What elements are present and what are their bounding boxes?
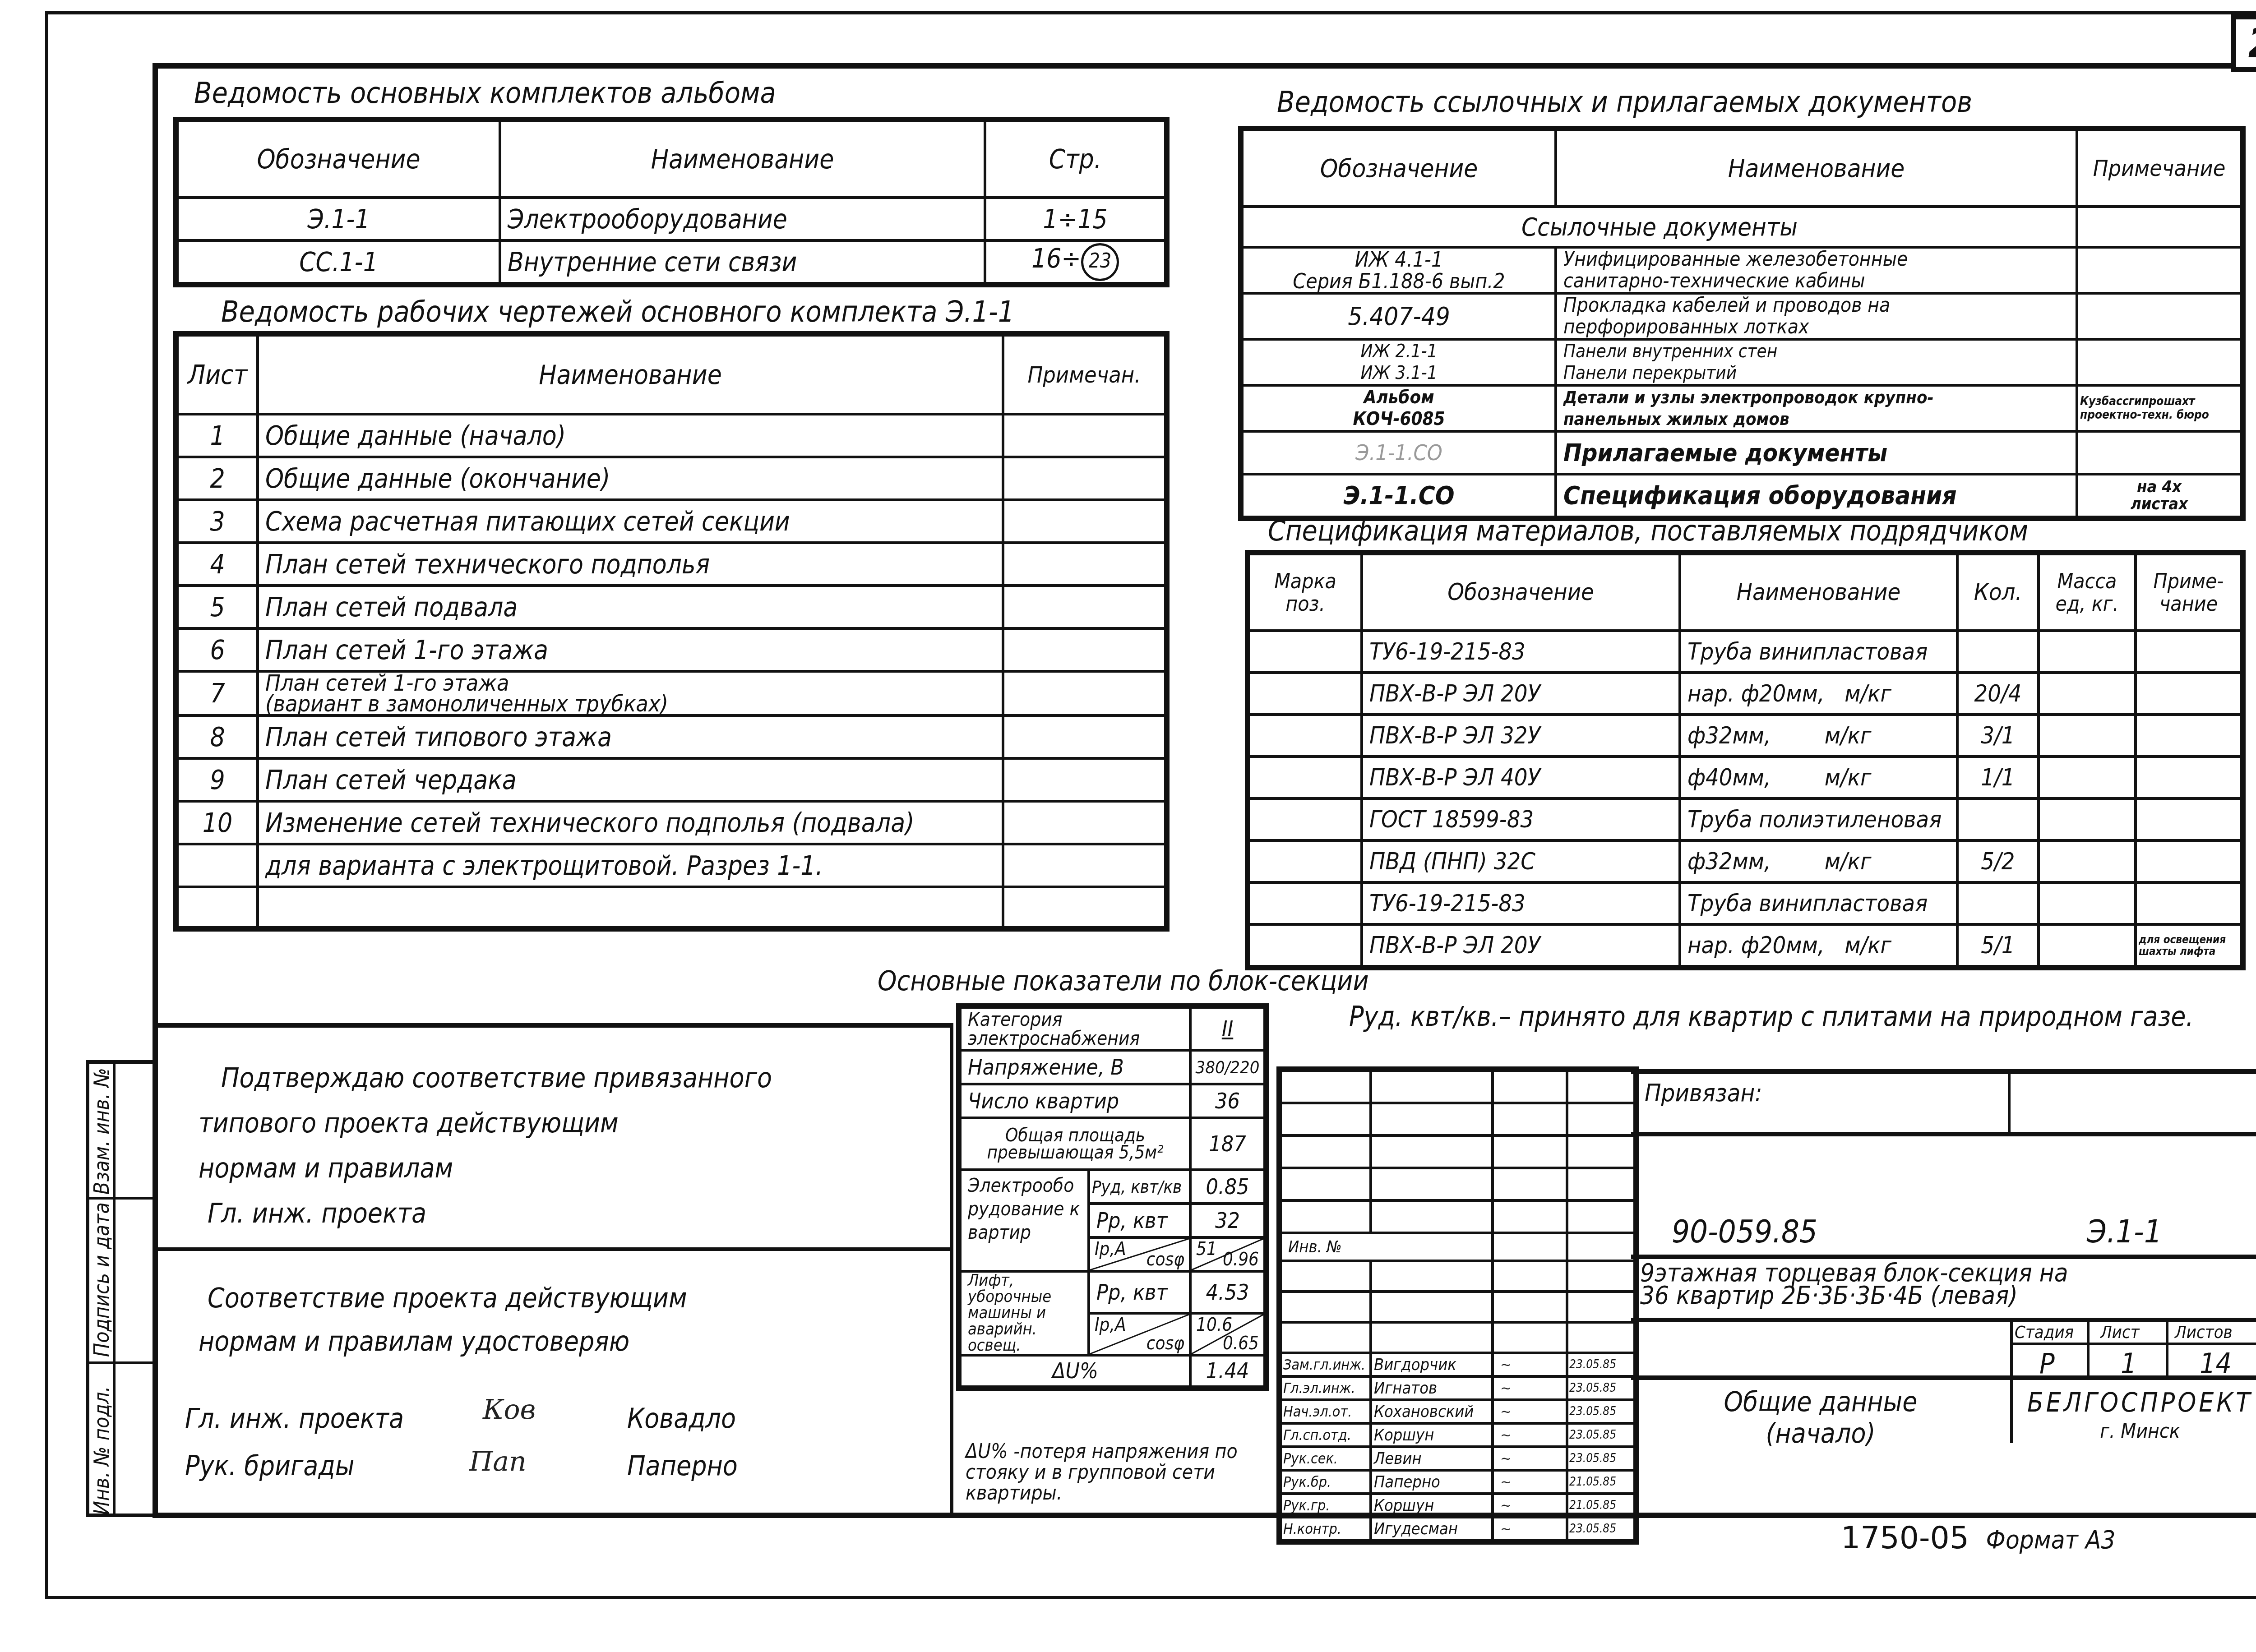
organization-city: г. Минск <box>2013 1417 2256 1446</box>
table-row: Э.1-1.СО Прилагаемые документы <box>1242 431 2242 474</box>
page-number: 2 <box>2236 19 2256 67</box>
table-row: 4План сетей технического подполья <box>177 543 1165 586</box>
stage-value: Р <box>2039 1347 2055 1380</box>
materials-header-note: Приме- чание <box>2136 554 2242 631</box>
references-table: Обозначение Наименование Примечание Ссыл… <box>1241 129 2243 518</box>
indicators-title: Основные показатели по блок-секции <box>878 965 1369 997</box>
sheet-title-line-2: (начало) <box>1631 1418 2010 1449</box>
materials-table: Марка поз. Обозначение Наименование Кол.… <box>1248 553 2243 968</box>
references-table-title: Ведомость ссылочных и прилагаемых докуме… <box>1277 86 1972 119</box>
albums-header-pages: Стр. <box>985 121 1165 198</box>
page-number-box: 2 <box>2231 14 2256 72</box>
side-strip-label: Взам. инв. № <box>89 1068 114 1195</box>
albums-table-title: Ведомость основных комплектов альбома <box>194 77 776 110</box>
project-code: 90-059.85 <box>1672 1213 1817 1250</box>
table-row: ПВХ-В-Р ЭЛ 32Уф32мм, м/кг3/1 <box>1249 715 2242 757</box>
table-row: АльбомКОЧ-6085 Детали и узлы электропров… <box>1242 385 2242 431</box>
stage-label: Стадия <box>2015 1322 2074 1342</box>
table-row: ИЖ 2.1-1ИЖ 3.1-1 Панели внутренних стенП… <box>1242 339 2242 385</box>
table-row: 5План сетей подвала <box>177 586 1165 628</box>
set-code: Э.1-1 <box>2087 1213 2162 1250</box>
stamp-signature-row: Н.контр.Игудесман~23.05.85 <box>1281 1517 1635 1541</box>
table-row: 10Изменение сетей технического подполья … <box>177 801 1165 844</box>
materials-header-mass: Масса ед, кг. <box>2039 554 2136 631</box>
sheet-title-line-1: Общие данные <box>1631 1386 2010 1418</box>
table-row: ПВХ-В-Р ЭЛ 40Уф40мм, м/кг1/1 <box>1249 757 2242 798</box>
drawings-table-title: Ведомость рабочих чертежей основного ком… <box>221 295 1014 329</box>
stamp-signature-row: Рук.гр.Коршун~21.05.85 <box>1281 1494 1635 1517</box>
approval-divider <box>155 1247 953 1251</box>
references-header-name: Наименование <box>1556 130 2077 207</box>
materials-header-qty: Кол. <box>1957 554 2039 631</box>
title-block: Привязан: 90-059.85 Э.1-1 9этажная торце… <box>1631 1069 2256 1518</box>
drawings-header-note: Примечан. <box>1003 335 1165 414</box>
table-row: Э.1-1.СО Спецификация оборудования на 4х… <box>1242 474 2242 517</box>
approval-block-1: Подтверждаю соответствие привязанного ти… <box>199 1056 772 1236</box>
table-row: ТУ6-19-215-83Труба винипластовая <box>1249 631 2242 673</box>
albums-header-name: Наименование <box>500 121 985 198</box>
sheets-label: Листов <box>2175 1322 2233 1342</box>
table-row: ПВХ-В-Р ЭЛ 20Унар. ф20мм, м/кг20/4 <box>1249 673 2242 715</box>
drawings-header-name: Наименование <box>258 335 1003 414</box>
pud-note: Руд. квт/кв.– принято для квартир с плит… <box>1349 1004 2206 1030</box>
materials-header-name: Наименование <box>1680 554 1957 631</box>
table-row: 1Общие данные (начало) <box>177 414 1165 457</box>
circled-page-number: 23 <box>1081 243 1119 281</box>
albums-header-code: Обозначение <box>177 121 500 198</box>
stamp-signature-row: Рук.сек.Левин~23.05.85 <box>1281 1447 1635 1470</box>
albums-table: Обозначение Наименование Стр. Э.1-1 Элек… <box>176 120 1167 285</box>
table-row: 2Общие данные (окончание) <box>177 457 1165 500</box>
footer-code: 1750-05 Формат А3 <box>1841 1520 2115 1556</box>
side-strip: Взам. инв. № Подпись и дата Инв. № подл. <box>86 1060 157 1517</box>
table-row: Э.1-1 Электрооборудование 1÷15 <box>177 198 1165 240</box>
inv-number-label: Инв. № <box>1281 1233 1493 1261</box>
table-row: 6План сетей 1-го этажа <box>177 628 1165 671</box>
table-row: ИЖ 4.1-1Серия Б1.188-6 вып.2 Унифицирова… <box>1242 247 2242 293</box>
approval-block-2: Соответствие проекта действующим нормам … <box>199 1277 687 1363</box>
table-row: 5.407-49 Прокладка кабелей и проводов на… <box>1242 293 2242 339</box>
drawings-table: Лист Наименование Примечан. 1Общие данны… <box>176 334 1167 929</box>
table-row: ПВХ-В-Р ЭЛ 20Унар. ф20мм, м/кг5/1для осв… <box>1249 924 2242 966</box>
approval-signer-row: Гл. инж. проекта Ков Ковадло <box>185 1403 907 1439</box>
signature: Пап <box>469 1446 527 1477</box>
signature: Ков <box>483 1394 536 1426</box>
table-row: для варианта с электрощитовой. Разрез 1-… <box>177 844 1165 887</box>
stamp-signature-row: Зам.гл.инж.Вигдорчик~23.05.85 <box>1281 1353 1635 1376</box>
stamp-signature-row: Гл.сп.отд.Коршун~23.05.85 <box>1281 1423 1635 1447</box>
indicators-table: Категория электроснабженияII Напряжение,… <box>959 1006 1266 1388</box>
bound-label: Привязан: <box>1645 1079 1762 1107</box>
materials-header-code: Обозначение <box>1362 554 1680 631</box>
table-row: 8План сетей типового этажа <box>177 715 1165 758</box>
referenced-docs-section: Ссылочные документы <box>1242 207 2077 247</box>
table-row: ТУ6-19-215-83Труба винипластовая <box>1249 882 2242 924</box>
table-row: 7 План сетей 1-го этажа(вариант в замоно… <box>177 671 1165 715</box>
materials-table-title: Спецификация материалов, поставляемых по… <box>1268 514 2028 547</box>
stamp-signature-row: Нач.эл.от.Кохановский~23.05.85 <box>1281 1400 1635 1423</box>
indicators-footnote: ΔU% -потеря напряжения по стояку и в гру… <box>966 1441 1263 1504</box>
approval-signer-row: Рук. бригады Пап Паперно <box>185 1450 907 1486</box>
stamp-signature-row: Рук.бр.Паперно~21.05.85 <box>1281 1470 1635 1494</box>
drawings-header-sheet: Лист <box>177 335 258 414</box>
table-row: ГОСТ 18599-83Труба полиэтиленовая <box>1249 798 2242 840</box>
table-row: СС.1-1 Внутренние сети связи 16÷23 <box>177 240 1165 283</box>
references-header-note: Примечание <box>2077 130 2242 207</box>
materials-header-mark: Марка поз. <box>1249 554 1362 631</box>
table-row: 9План сетей чердака <box>177 758 1165 801</box>
stamp-signature-row: Гл.эл.инж.Игнатов~23.05.85 <box>1281 1376 1635 1400</box>
sheets-value: 14 <box>2200 1347 2232 1380</box>
sheet-value: 1 <box>2121 1347 2136 1380</box>
object-title-line-2: 36 квартир 2Б·3Б·3Б·4Б (левая) <box>1640 1284 2256 1307</box>
sheet-label: Лист <box>2100 1322 2140 1342</box>
side-strip-label: Инв. № подл. <box>89 1386 114 1515</box>
stamp-signatures-grid: Инв. № Зам.гл.инж.Вигдорчик~23.05.85 Гл.… <box>1279 1069 1636 1542</box>
table-row <box>177 887 1165 928</box>
table-row: ПВД (ПНП) 32Сф32мм, м/кг5/2 <box>1249 840 2242 882</box>
organization-name: БЕЛГОСПРОЕКТ <box>2013 1388 2256 1417</box>
references-header-code: Обозначение <box>1242 130 1556 207</box>
table-row: 3Схема расчетная питающих сетей секции <box>177 500 1165 543</box>
side-strip-label: Подпись и дата <box>89 1202 114 1357</box>
